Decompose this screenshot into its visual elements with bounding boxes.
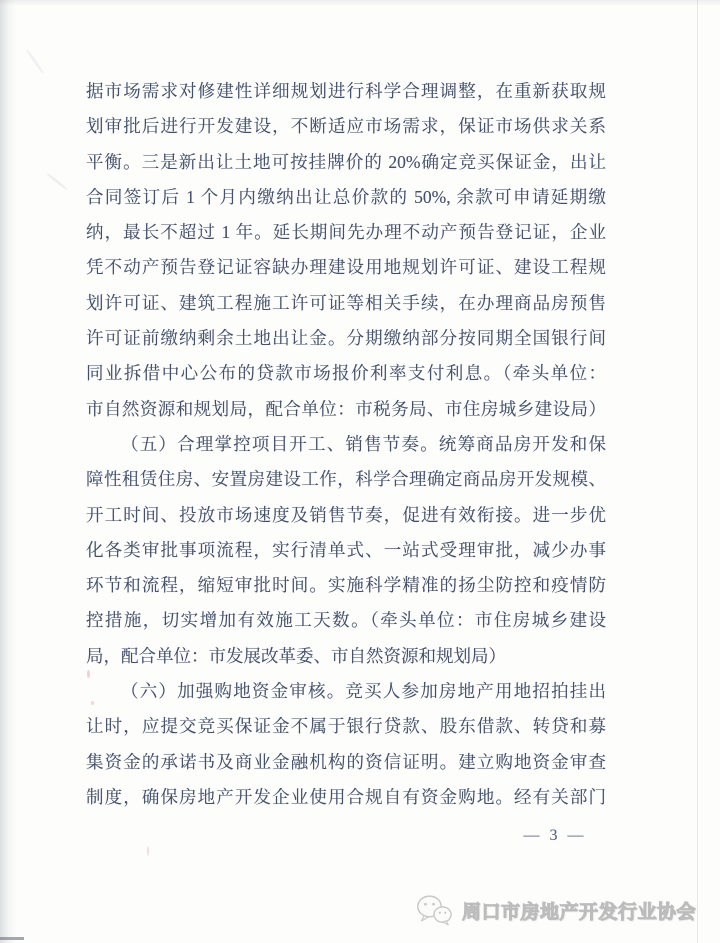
document-line: 平衡。三是新出让土地可按挂牌价的 20%确定竞买保证金，出让 [86,145,606,180]
document-line: 障性租赁住房、安置房建设工作，科学合理确定商品房开发规模、 [86,462,606,497]
document-line: 化各类审批事项流程，实行清单式、一站式受理审批，减少办事 [86,533,606,568]
document-body: 据市场需求对修建性详细规划进行科学合理调整，在重新获取规划审批后进行开发建设，不… [86,74,606,815]
document-line: 许可证前缴纳剩余土地出让金。分期缴纳部分按同期全国银行间 [86,321,606,356]
document-line: 局，配合单位：市发展改革委、市自然资源和规划局） [86,639,606,674]
document-line: 划审批后进行开发建设，不断适应市场需求，保证市场供求关系 [86,109,606,144]
scan-top-edge-shadow [0,0,720,6]
document-line: 控措施，切实增加有效施工天数。（牵头单位：市住房城乡建设 [86,603,606,638]
document-line: （五）合理掌控项目开工、销售节奏。统筹商品房开发和保 [86,427,606,462]
scan-streak [25,48,45,74]
document-line: 合同签订后 1 个月内缴纳出让总价款的 50%, 余款可申请延期缴 [86,180,606,215]
document-line: 市自然资源和规划局，配合单位：市税务局、市住房城乡建设局） [86,392,606,427]
document-line: 让时，应提交竞买保证金不属于银行贷款、股东借款、转贷和募 [86,709,606,744]
document-line: 纳，最长不超过 1 年。延长期间先办理不动产预告登记证，企业 [86,215,606,250]
scan-corner-mark [0,937,24,940]
document-line: 制度，确保房地产开发企业使用合规自有资金购地。经有关部门 [86,780,606,815]
scan-left-edge-shadow [0,0,16,943]
scan-streak [46,172,68,190]
document-line: 凭不动产预告登记证容缺办理建设用地规划许可证、建设工程规 [86,250,606,285]
document-line: 据市场需求对修建性详细规划进行科学合理调整，在重新获取规 [86,74,606,109]
document-line: （六）加强购地资金审核。竞买人参加房地产用地招拍挂出 [86,674,606,709]
document-line: 环节和流程，缩短审批时间。实施科学精准的扬尘防控和疫情防 [86,568,606,603]
scan-speck [147,846,149,856]
scanned-document-page: 据市场需求对修建性详细规划进行科学合理调整，在重新获取规划审批后进行开发建设，不… [0,0,720,943]
page-number: — 3 — [500,827,610,845]
document-line: 集资金的承诺书及商业金融机构的资信证明。建立购地资金审查 [86,745,606,780]
document-line: 划许可证、建筑工程施工许可证等相关手续，在办理商品房预售 [86,286,606,321]
footer-brand-name: 周口市房地产开发行业协会 [462,897,696,924]
wechat-icon [416,894,452,927]
document-line: 同业拆借中心公布的贷款市场报价利率支付利息。（牵头单位： [86,356,606,391]
document-line: 开工时间、投放市场速度及销售节奏，促进有效衔接。进一步优 [86,498,606,533]
footer-watermark: 周口市房地产开发行业协会 [416,894,696,927]
scan-vertical-line-artifact [697,0,698,943]
